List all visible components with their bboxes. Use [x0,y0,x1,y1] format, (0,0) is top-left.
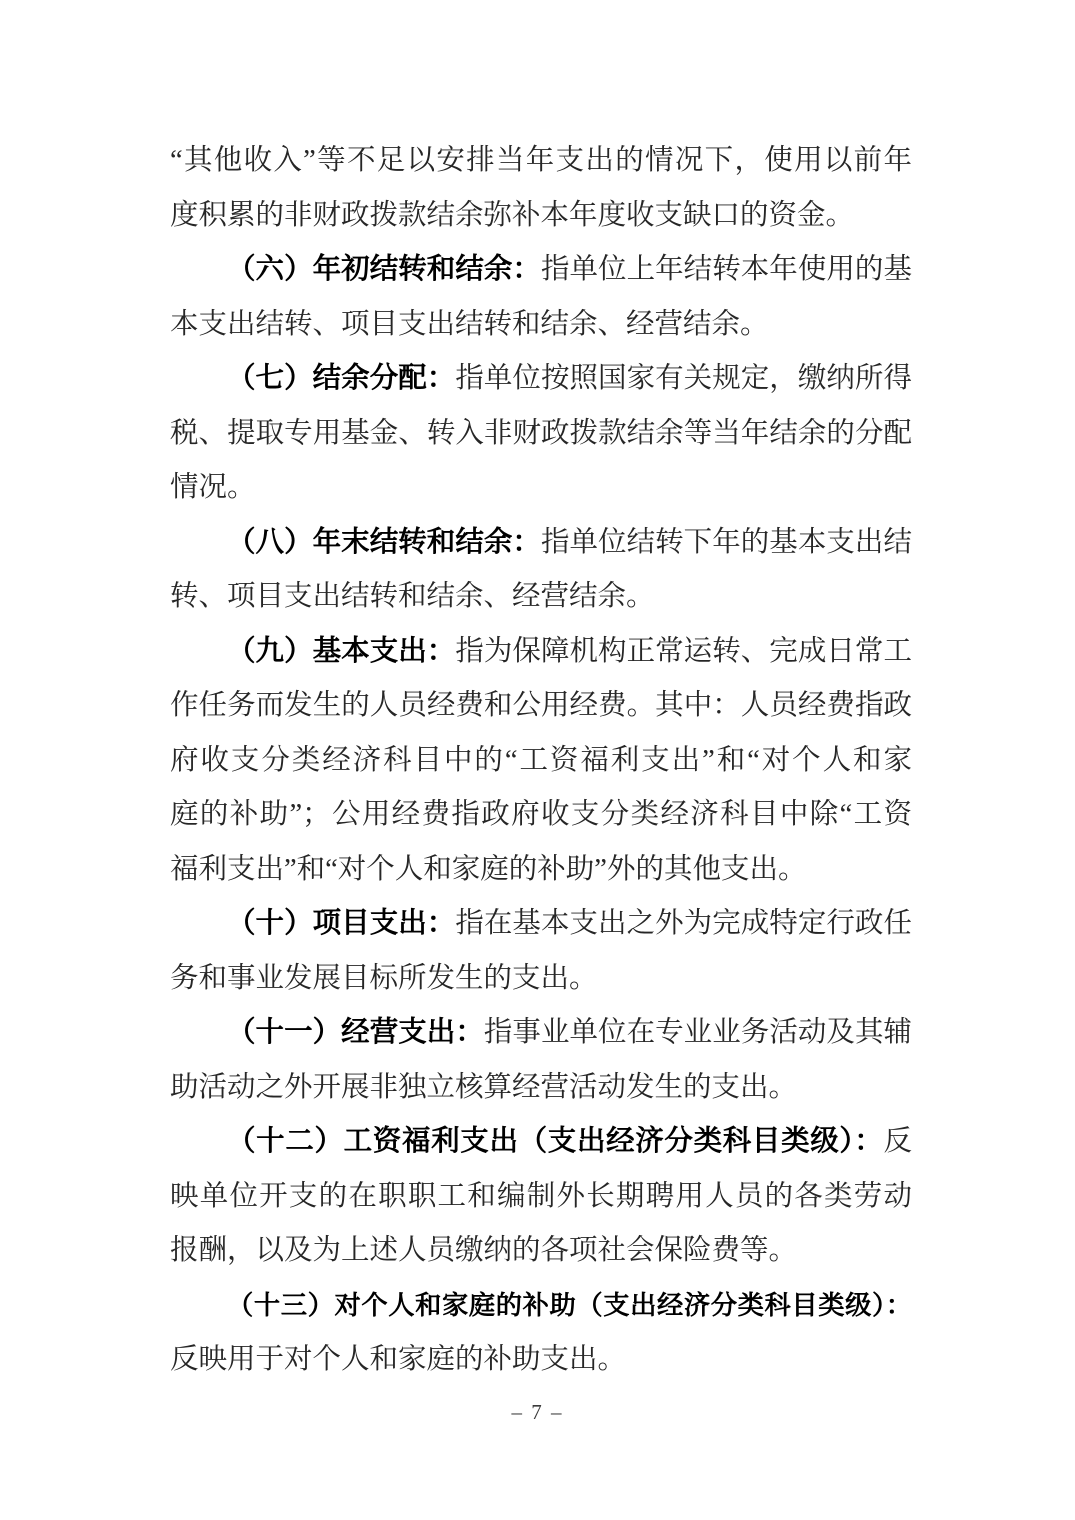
text-line: “其他收入”等不足以安排当年支出的情况下，使用以前年 [170,134,912,189]
body-segment: “其他收入”等不足以安排当年支出的情况下，使用以前年 [170,145,912,176]
body-segment: 指单位上年结转本年使用的基 [541,254,912,285]
text-line: 本支出结转、项目支出结转和结余、经营结余。 [170,298,912,353]
document-page: “其他收入”等不足以安排当年支出的情况下，使用以前年度积累的非财政拨款结余弥补本… [0,0,1075,1520]
body-segment: 福利支出”和“对个人和家庭的补助”外的其他支出。 [170,854,806,885]
body-segment: 反 [883,1126,912,1157]
text-line: 庭的补助”；公用经费指政府收支分类经济科目中除“工资 [170,788,912,843]
body-segment: 助活动之外开展非独立核算经营活动发生的支出。 [170,1072,797,1103]
heading-segment: （六）年初结转和结余： [227,254,541,285]
body-segment: 度积累的非财政拨款结余弥补本年度收支缺口的资金。 [170,200,854,231]
document-body: “其他收入”等不足以安排当年支出的情况下，使用以前年度积累的非财政拨款结余弥补本… [170,134,912,1388]
body-segment: 税、提取专用基金、转入非财政拨款结余等当年结余的分配 [170,418,912,449]
text-line: （十）项目支出：指在基本支出之外为完成特定行政任 [170,897,912,952]
heading-segment: （十三）对个人和家庭的补助（支出经济分类科目类级）： [227,1291,912,1320]
text-line: 情况。 [170,461,912,516]
text-line: （九）基本支出：指为保障机构正常运转、完成日常工 [170,625,912,680]
text-line: （七）结余分配：指单位按照国家有关规定，缴纳所得 [170,352,912,407]
text-line: 作任务而发生的人员经费和公用经费。其中：人员经费指政 [170,679,912,734]
body-segment: 指为保障机构正常运转、完成日常工 [455,636,912,667]
heading-segment: （七）结余分配： [227,363,455,394]
text-line: 福利支出”和“对个人和家庭的补助”外的其他支出。 [170,843,912,898]
heading-segment: （十二）工资福利支出（支出经济分类科目类级）： [227,1126,883,1157]
text-line: 度积累的非财政拨款结余弥补本年度收支缺口的资金。 [170,189,912,244]
text-line: （八）年末结转和结余：指单位结转下年的基本支出结 [170,516,912,571]
text-line: 反映用于对个人和家庭的补助支出。 [170,1333,912,1388]
body-segment: 报酬，以及为上述人员缴纳的各项社会保险费等。 [170,1235,797,1266]
text-line: （十三）对个人和家庭的补助（支出经济分类科目类级）： [170,1279,912,1334]
heading-segment: （十一）经营支出： [227,1017,484,1048]
heading-segment: （九）基本支出： [227,636,455,667]
body-segment: 庭的补助”；公用经费指政府收支分类经济科目中除“工资 [170,799,912,830]
text-line: 税、提取专用基金、转入非财政拨款结余等当年结余的分配 [170,407,912,462]
text-line: 助活动之外开展非独立核算经营活动发生的支出。 [170,1061,912,1116]
text-line: 转、项目支出结转和结余、经营结余。 [170,570,912,625]
body-segment: 指事业单位在专业业务活动及其辅 [484,1017,912,1048]
text-line: 务和事业发展目标所发生的支出。 [170,952,912,1007]
body-segment: 作任务而发生的人员经费和公用经费。其中：人员经费指政 [170,690,912,721]
page-number: – 7 – [0,1400,1075,1425]
body-segment: 指单位按照国家有关规定，缴纳所得 [455,363,912,394]
text-line: （十二）工资福利支出（支出经济分类科目类级）：反 [170,1115,912,1170]
text-line: （六）年初结转和结余：指单位上年结转本年使用的基 [170,243,912,298]
text-line: （十一）经营支出：指事业单位在专业业务活动及其辅 [170,1006,912,1061]
body-segment: 映单位开支的在职职工和编制外长期聘用人员的各类劳动 [170,1181,912,1212]
body-segment: 反映用于对个人和家庭的补助支出。 [170,1344,626,1375]
body-segment: 指单位结转下年的基本支出结 [541,527,912,558]
body-segment: 指在基本支出之外为完成特定行政任 [455,908,912,939]
heading-segment: （十）项目支出： [227,908,455,939]
body-segment: 情况。 [170,472,256,503]
text-line: 府收支分类经济科目中的“工资福利支出”和“对个人和家 [170,734,912,789]
body-segment: 转、项目支出结转和结余、经营结余。 [170,581,655,612]
body-segment: 本支出结转、项目支出结转和结余、经营结余。 [170,309,769,340]
body-segment: 务和事业发展目标所发生的支出。 [170,963,598,994]
text-line: 报酬，以及为上述人员缴纳的各项社会保险费等。 [170,1224,912,1279]
text-line: 映单位开支的在职职工和编制外长期聘用人员的各类劳动 [170,1170,912,1225]
body-segment: 府收支分类经济科目中的“工资福利支出”和“对个人和家 [170,745,912,776]
heading-segment: （八）年末结转和结余： [227,527,541,558]
